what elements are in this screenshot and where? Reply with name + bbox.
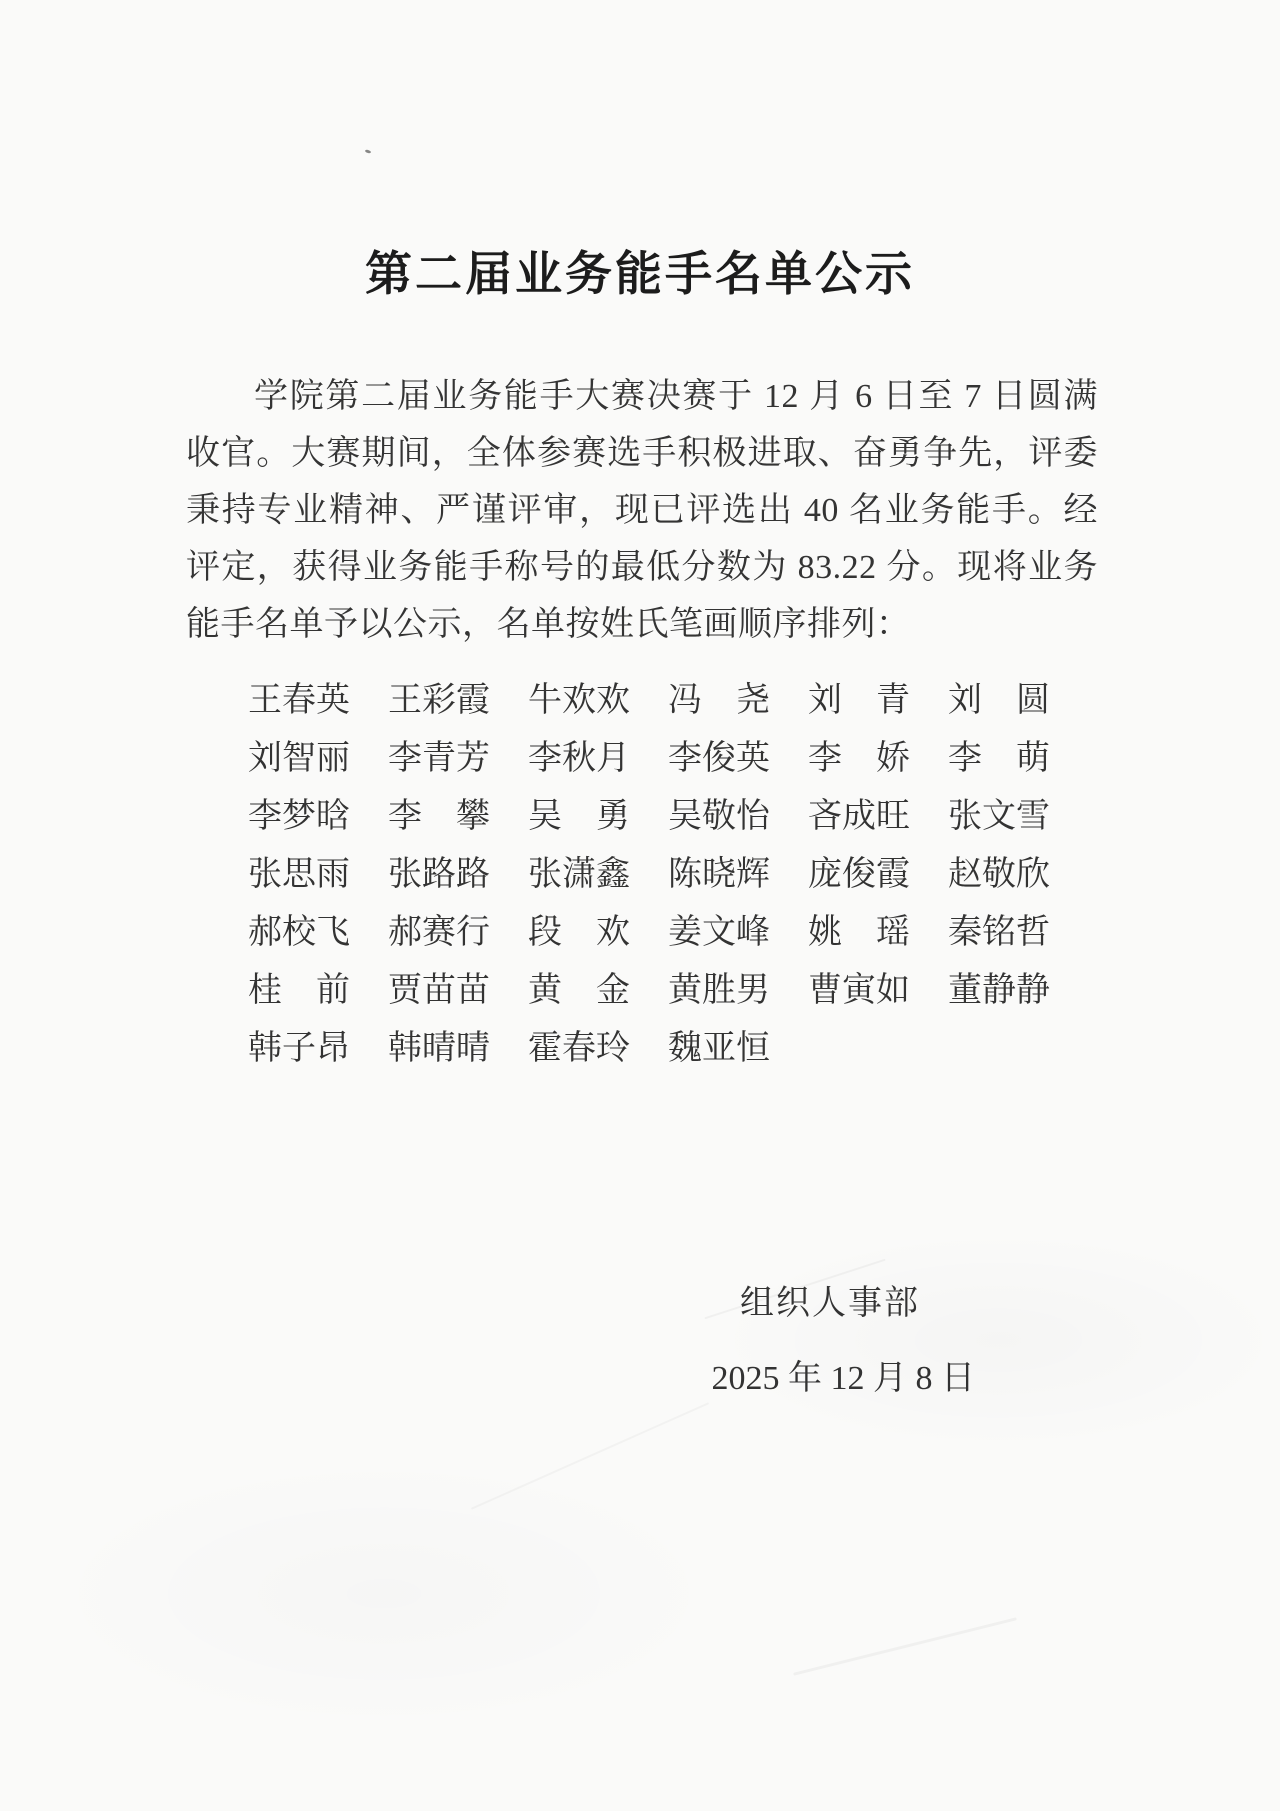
name-row: 王春英王彩霞牛欢欢冯尧刘青刘圆 xyxy=(248,667,1280,725)
person-name: 赵敬欣 xyxy=(948,846,1050,895)
body-paragraph: 学院第二届业务能手大赛决赛于 12 月 6 日至 7 日圆满收官。大赛期间，全体… xyxy=(186,368,1098,653)
person-name: 韩子昂 xyxy=(248,1020,350,1069)
scan-artifact-streak xyxy=(471,1402,709,1510)
scan-artifact-streak xyxy=(793,1617,1017,1676)
signature-date: 2025 年 12 月 8 日 xyxy=(0,1350,1280,1399)
person-name: 桂前 xyxy=(248,962,350,1011)
person-name: 刘圆 xyxy=(948,672,1050,721)
person-name: 李萌 xyxy=(948,730,1050,779)
person-name: 黄金 xyxy=(528,962,630,1011)
person-name: 郝赛行 xyxy=(388,904,490,953)
person-name: 李秋月 xyxy=(528,730,630,779)
name-list: 王春英王彩霞牛欢欢冯尧刘青刘圆刘智丽李青芳李秋月李俊英李娇李萌李梦晗李攀吴勇吴敬… xyxy=(248,667,1280,1073)
person-name: 李俊英 xyxy=(668,730,770,779)
name-row: 刘智丽李青芳李秋月李俊英李娇李萌 xyxy=(248,725,1280,783)
person-name: 姜文峰 xyxy=(668,904,770,953)
signature-block: 组织人事部 2025 年 12 月 8 日 xyxy=(0,1275,1280,1399)
person-name: 段欢 xyxy=(528,904,630,953)
person-name: 王春英 xyxy=(248,672,350,721)
name-row: 郝校飞郝赛行段欢姜文峰姚瑶秦铭哲 xyxy=(248,899,1280,957)
document-page: 第二届业务能手名单公示 学院第二届业务能手大赛决赛于 12 月 6 日至 7 日… xyxy=(0,0,1280,1811)
person-name: 李攀 xyxy=(388,788,490,837)
person-name: 姚瑶 xyxy=(808,904,910,953)
person-name: 庞俊霞 xyxy=(808,846,910,895)
person-name: 董静静 xyxy=(948,962,1050,1011)
person-name: 郝校飞 xyxy=(248,904,350,953)
person-name: 李娇 xyxy=(808,730,910,779)
person-name: 李梦晗 xyxy=(248,788,350,837)
page-title: 第二届业务能手名单公示 xyxy=(0,0,1280,304)
person-name: 吝成旺 xyxy=(808,788,910,837)
person-name: 吴勇 xyxy=(528,788,630,837)
person-name: 张潇鑫 xyxy=(528,846,630,895)
person-name: 刘智丽 xyxy=(248,730,350,779)
person-name: 李青芳 xyxy=(388,730,490,779)
person-name: 牛欢欢 xyxy=(528,672,630,721)
person-name: 秦铭哲 xyxy=(948,904,1050,953)
person-name: 韩晴晴 xyxy=(388,1020,490,1069)
person-name: 张路路 xyxy=(388,846,490,895)
person-name: 吴敬怡 xyxy=(668,788,770,837)
person-name: 张文雪 xyxy=(948,788,1050,837)
name-row: 张思雨张路路张潇鑫陈晓辉庞俊霞赵敬欣 xyxy=(248,841,1280,899)
person-name: 魏亚恒 xyxy=(668,1020,770,1069)
person-name: 曹寅如 xyxy=(808,962,910,1011)
person-name: 陈晓辉 xyxy=(668,846,770,895)
person-name: 刘青 xyxy=(808,672,910,721)
name-row: 桂前贾苗苗黄金黄胜男曹寅如董静静 xyxy=(248,957,1280,1015)
person-name: 冯尧 xyxy=(668,672,770,721)
signature-department: 组织人事部 xyxy=(0,1275,1280,1324)
person-name: 张思雨 xyxy=(248,846,350,895)
person-name: 贾苗苗 xyxy=(388,962,490,1011)
name-row: 韩子昂韩晴晴霍春玲魏亚恒 xyxy=(248,1015,1280,1073)
person-name: 王彩霞 xyxy=(388,672,490,721)
name-row: 李梦晗李攀吴勇吴敬怡吝成旺张文雪 xyxy=(248,783,1280,841)
person-name: 黄胜男 xyxy=(668,962,770,1011)
person-name: 霍春玲 xyxy=(528,1020,630,1069)
